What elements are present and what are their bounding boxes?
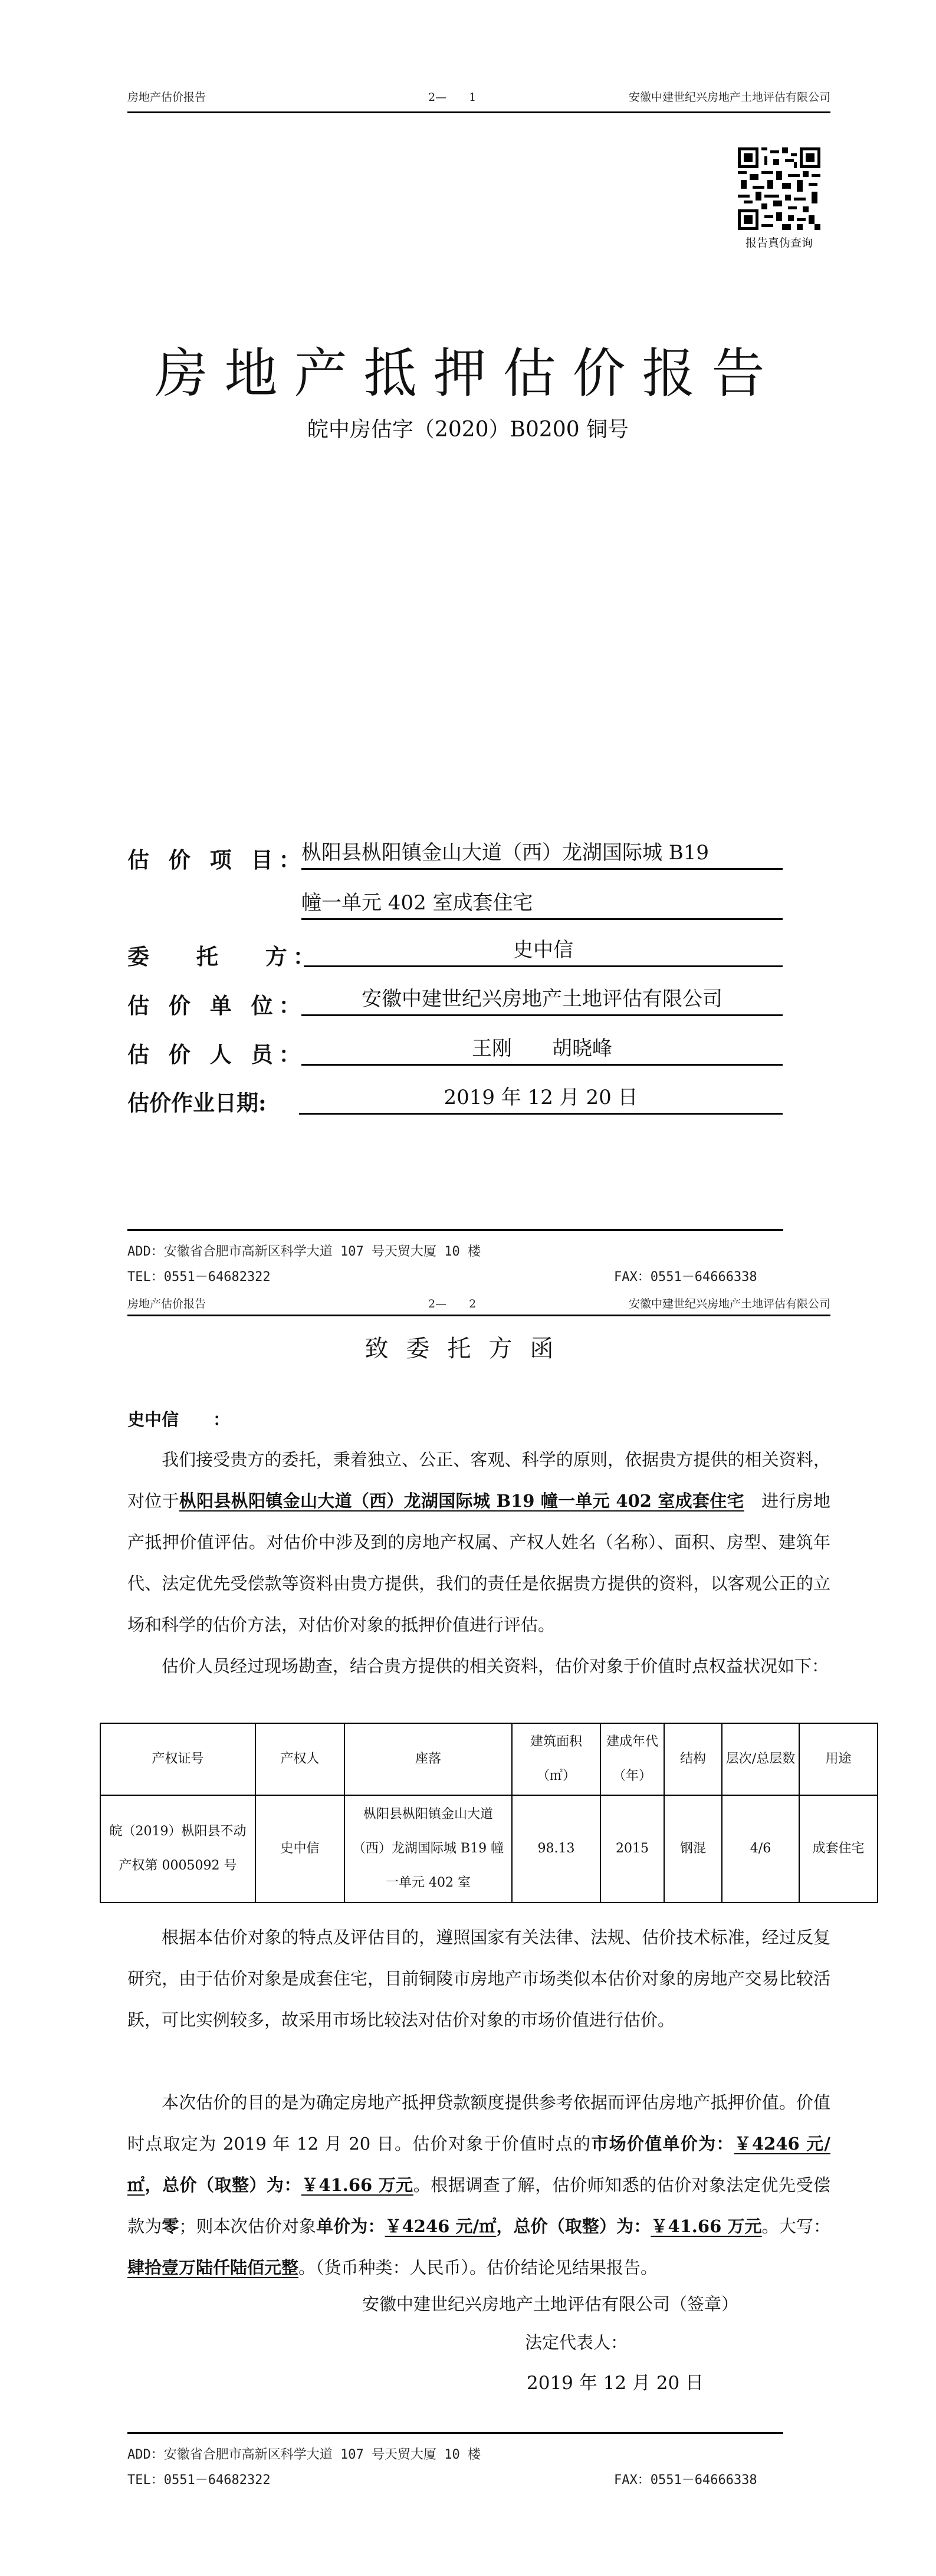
total-price-in-words: 肆拾壹万陆仟陆佰元整 bbox=[127, 2258, 298, 2278]
field-value-appraiser-unit: 安徽中建世纪兴房地产土地评估有限公司 bbox=[301, 984, 783, 1016]
legal-rep-label: 法定代表人： bbox=[525, 2332, 628, 2352]
table-cell-owner: 史中信 bbox=[255, 1795, 344, 1903]
footer-divider bbox=[127, 1229, 783, 1231]
footer-address: ADD：安徽省合肥市高新区科学大道 107 号天贸大厦 10 楼 bbox=[127, 1241, 481, 1260]
signature-date: 2019 年 12 月 20 日 bbox=[527, 2368, 704, 2394]
field-label-date: 估价作业日期: bbox=[127, 1085, 267, 1117]
table-cell-cert-no: 皖（2019）枞阳县不动产权第 0005092 号 bbox=[100, 1795, 255, 1903]
header-company: 安徽中建世纪兴房地产土地评估有限公司 bbox=[629, 1295, 830, 1311]
header-company: 安徽中建世纪兴房地产土地评估有限公司 bbox=[629, 88, 830, 104]
property-address: 枞阳县枞阳镇金山大道（西）龙湖国际城 B19 幢一单元 402 室成套住宅 bbox=[179, 1491, 744, 1511]
table-cell-structure: 钢混 bbox=[664, 1795, 722, 1903]
page-header-2: 房地产估价报告 2— 2 安徽中建世纪兴房地产土地评估有限公司 bbox=[127, 1295, 830, 1313]
page-header: 房地产估价报告 2— 1 安徽中建世纪兴房地产土地评估有限公司 bbox=[127, 88, 830, 106]
signature-legal-rep: 法定代表人： bbox=[525, 2329, 628, 2354]
footer-fax: FAX：0551－64666338 bbox=[614, 2470, 757, 2488]
table-header-cell: 产权证号 bbox=[100, 1723, 255, 1795]
table-header-cell: 建成年代（年） bbox=[600, 1723, 664, 1795]
paragraph-valuation: 本次估价的目的是为确定房地产抵押贷款额度提供参考依据而评估房地产抵押价值。价值时… bbox=[127, 2082, 830, 2288]
para1-text-cont: 进行房地产抵押价值评估。对估价中涉及到的房地产权属、产权人姓名（名称）、面积、房… bbox=[127, 1491, 830, 1635]
field-label-project: 估 价 项 目： bbox=[127, 842, 307, 874]
header-divider bbox=[127, 1315, 830, 1316]
field-label-client: 委 托 方： bbox=[127, 939, 321, 971]
valuation-label: ，总价（取整）为： bbox=[145, 2175, 301, 2195]
header-page-number: 2— 1 bbox=[428, 88, 476, 104]
table-cell-year: 2015 bbox=[600, 1795, 664, 1903]
field-value-date: 2019 年 12 月 20 日 bbox=[299, 1082, 783, 1115]
valuation-label: ，总价（取整）为： bbox=[496, 2216, 651, 2236]
table-cell-location: 枞阳县枞阳镇金山大道（西）龙湖国际城 B19 幢一单元 402 室 bbox=[344, 1795, 512, 1903]
paragraph-survey: 估价人员经过现场勘查，结合贵方提供的相关资料，估价对象于价值时点权益状况如下： bbox=[127, 1645, 830, 1687]
valuation-text: 。（货币种类：人民币）。估价结论见结果报告。 bbox=[298, 2258, 658, 2278]
valuation-text: 。大写： bbox=[762, 2216, 830, 2236]
mortgage-unit-price: ￥4246 元/㎡ bbox=[385, 2216, 497, 2236]
valuation-label: 市场价值单价为： bbox=[591, 2134, 734, 2154]
property-rights-table: 产权证号 产权人 座落 建筑面积（㎡） 建成年代（年） 结构 层次/总层数 用途… bbox=[100, 1723, 878, 1903]
signature-company: 安徽中建世纪兴房地产土地评估有限公司（签章） bbox=[362, 2291, 738, 2315]
field-label-appraiser-unit: 估 价 单 位： bbox=[127, 988, 307, 1020]
paragraph-method: 根据本估价对象的特点及评估目的，遵照国家有关法律、法规、估价技术标准，经过反复研… bbox=[127, 1917, 830, 2041]
table-header-row: 产权证号 产权人 座落 建筑面积（㎡） 建成年代（年） 结构 层次/总层数 用途 bbox=[100, 1723, 878, 1795]
field-value-project: 枞阳县枞阳镇金山大道（西）龙湖国际城 B19 bbox=[301, 837, 783, 870]
table-header-cell: 结构 bbox=[664, 1723, 722, 1795]
footer-tel: TEL：0551－64682322 bbox=[127, 2470, 271, 2488]
table-header-cell: 用途 bbox=[799, 1723, 878, 1795]
valuation-text: ；则本次估价对象 bbox=[179, 2216, 316, 2236]
field-value-project-line2: 幢一单元 402 室成套住宅 bbox=[301, 888, 783, 920]
table-row: 皖（2019）枞阳县不动产权第 0005092 号 史中信 枞阳县枞阳镇金山大道… bbox=[100, 1795, 878, 1903]
mortgage-total-price: ￥41.66 万元 bbox=[651, 2216, 761, 2236]
letter-title: 致委托方函 bbox=[0, 1330, 936, 1363]
header-page-number: 2— 2 bbox=[428, 1295, 476, 1311]
field-value-appraisers: 王刚 胡晓峰 bbox=[301, 1033, 783, 1066]
paragraph-commission: 我们接受贵方的委托，秉着独立、公正、客观、科学的原则，依据贵方提供的相关资料，对… bbox=[127, 1439, 830, 1645]
market-total-price: ￥41.66 万元 bbox=[301, 2175, 413, 2195]
footer-fax: FAX：0551－64666338 bbox=[614, 1267, 757, 1285]
header-report-type: 房地产估价报告 bbox=[127, 88, 206, 104]
qr-code-icon[interactable] bbox=[738, 147, 820, 230]
table-cell-floor: 4/6 bbox=[722, 1795, 799, 1903]
field-value-client: 史中信 bbox=[304, 935, 783, 967]
priority-claim-value: 零 bbox=[162, 2216, 179, 2236]
valuation-label: 单价为： bbox=[316, 2216, 385, 2236]
header-divider bbox=[127, 111, 830, 113]
footer-divider bbox=[127, 2432, 783, 2434]
qr-label: 报告真伪查询 bbox=[735, 234, 823, 250]
footer-tel: TEL：0551－64682322 bbox=[127, 1267, 271, 1285]
table-header-cell: 层次/总层数 bbox=[722, 1723, 799, 1795]
table-header-cell: 建筑面积（㎡） bbox=[512, 1723, 600, 1795]
footer-address: ADD：安徽省合肥市高新区科学大道 107 号天贸大厦 10 楼 bbox=[127, 2444, 481, 2463]
header-report-type: 房地产估价报告 bbox=[127, 1295, 206, 1311]
report-number: 皖中房估字（2020）B0200 铜号 bbox=[0, 413, 936, 443]
salutation: 史中信 ： bbox=[127, 1407, 230, 1431]
table-header-cell: 座落 bbox=[344, 1723, 512, 1795]
table-cell-area: 98.13 bbox=[512, 1795, 600, 1903]
field-label-appraisers: 估 价 人 员： bbox=[127, 1037, 307, 1069]
report-title: 房地产抵押估价报告 bbox=[0, 330, 936, 407]
table-header-cell: 产权人 bbox=[255, 1723, 344, 1795]
table-cell-usage: 成套住宅 bbox=[799, 1795, 878, 1903]
